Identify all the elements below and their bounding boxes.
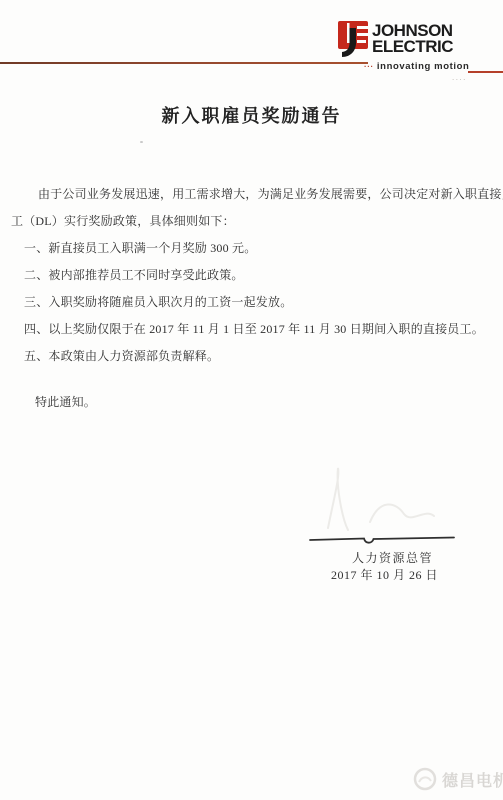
tagline-text: innovating motion — [377, 61, 470, 72]
johnson-electric-logo-icon — [336, 21, 368, 59]
header-rule-left — [0, 62, 368, 64]
brand-tagline: ... innovating motion — [364, 60, 469, 72]
watermark-logo-icon — [412, 766, 438, 792]
header-rule-right — [468, 71, 503, 73]
tagline-trailing-dots-icon: .... — [452, 73, 467, 82]
brand-line2: ELECTRIC — [372, 39, 453, 55]
intro-line: 由于公司业务发展迅速，用工需求增大，为满足业务发展需要，公司决定对新入职直接员 — [11, 181, 493, 208]
signer-title: 人力资源总管 — [330, 549, 455, 566]
signature-rule — [308, 533, 456, 547]
notice-item: 四、以上奖励仅限于在 2017 年 11 月 1 日至 2017 年 11 月 … — [11, 316, 493, 343]
notice-item: 二、被内部推荐员工不同时享受此政策。 — [11, 262, 493, 289]
notice-item: 三、入职奖励将随雇员入职次月的工资一起发放。 — [11, 289, 493, 316]
signature-date: 2017 年 10 月 26 日 — [312, 566, 457, 583]
notice-item: 一、新直接员工入职满一个月奖励 300 元。 — [11, 235, 493, 262]
watermark-text: 德昌电机 — [442, 768, 503, 791]
closing-remark: 特此通知。 — [11, 389, 493, 416]
watermark: 德昌电机 — [412, 766, 503, 792]
page-title: 新入职雇员奖励通告 — [0, 102, 503, 128]
notice-body: 由于公司业务发展迅速，用工需求增大，为满足业务发展需要，公司决定对新入职直接员 … — [11, 181, 493, 416]
tagline-dots-icon: ... — [364, 60, 374, 69]
scan-speck — [140, 141, 143, 143]
handwritten-signature — [300, 458, 460, 538]
brand-wordmark: JOHNSON ELECTRIC — [372, 23, 453, 55]
notice-item: 五、本政策由人力资源部负责解释。 — [11, 343, 493, 370]
scanned-notice-page: JOHNSON ELECTRIC ... innovating motion .… — [0, 0, 503, 800]
intro-line: 工（DL）实行奖励政策，具体细则如下： — [11, 208, 493, 235]
